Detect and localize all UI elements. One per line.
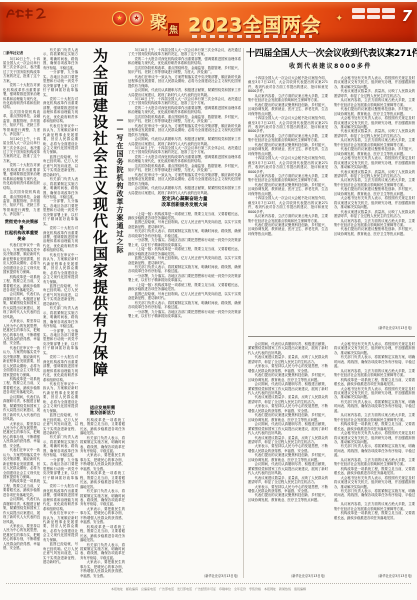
footer-info: 本报地址 邮政编码 总编室电话 广告部电话 发行部电话 广告经营许可证 印刷单位… bbox=[0, 587, 417, 591]
banner-title: 2023全国两会 bbox=[188, 10, 321, 37]
text-column: 会议期间，代表们认真履职尽责、积极建言献策，紧紧围绕党和国家工作大局提出议案建议… bbox=[248, 342, 328, 572]
right-top-column-2: 大会秘书处有关负责人表示，将按照有关规定及时将议案建议交有关机关、组织研究办理，… bbox=[334, 76, 415, 330]
text-column: 机构改革是一项系统工程，既要立足当前，又要着眼长远，蹄疾步稳推进各项任务落地见效… bbox=[80, 418, 125, 578]
footer-divider bbox=[6, 583, 411, 584]
page-number: 7 bbox=[402, 7, 412, 25]
text-column: 大会秘书处有关负责人表示，将按照有关规定及时将议案建议交有关机关、组织研究办理，… bbox=[334, 342, 415, 572]
text-column: （上接一版）机构改革是一项系统工程，既要立足当前，又要着眼长远，蹄疾步稳推进各项… bbox=[128, 212, 241, 319]
text-column: 3月10日上午，十四届全国人大一次会议举行第三次全体会议，表决通过了关于国务院机… bbox=[3, 57, 40, 217]
text-column: 3月10日上午，十四届全国人大一次会议举行第三次全体会议，表决通过了关于国务院机… bbox=[128, 48, 241, 195]
banner-info-bars bbox=[352, 8, 395, 19]
masthead-logo bbox=[5, 6, 51, 21]
national-emblem-icon: ★ bbox=[112, 11, 127, 26]
star-icon: ✦ bbox=[335, 14, 343, 24]
section-divider bbox=[248, 336, 415, 337]
left-article-vertical-headline: 为全面建设社会主义现代化国家提供有力保障 bbox=[80, 48, 111, 396]
banner-deco-windows bbox=[192, 35, 312, 38]
banner: ★ ★ 聚 焦 2023全国两会 ✦ 7 bbox=[0, 2, 417, 42]
right-bottom-column-1: 会议期间，代表们认真履职尽责、积极建言献策，紧紧围绕党和国家工作大局提出议案建议… bbox=[248, 342, 328, 578]
focus-wordmark: 聚 焦 bbox=[150, 8, 184, 38]
left-column-1: □新华社记者 3月10日上午，十四届全国人大一次会议举行第三次全体会议，表决通过… bbox=[3, 50, 40, 578]
right-article-subhead: 收到代表建议8000多件 bbox=[246, 61, 415, 70]
text-column: 代表们在审议中一致认为，方案贯彻落实党中央决策部署，顺应新时代新征程事业发展需要… bbox=[3, 243, 40, 550]
vertical-divider bbox=[243, 48, 244, 578]
right-article-headline: 十四届全国人大一次会议收到代表议案271件 bbox=[246, 46, 415, 59]
column-subhead: 坚定决心凝聚奋进力量 改革创新服务发展大局 bbox=[128, 197, 241, 209]
under-headline-block: 适应发展所需 激发创新活力 机构改革是一项系统工程，既要立足当前，又要着眼长远，… bbox=[80, 402, 125, 578]
news-credit: （新华社北京3月13日电） bbox=[128, 574, 241, 579]
right-bottom-column-2: 大会秘书处有关负责人表示，将按照有关规定及时将议案建议交有关机关、组织研究办理，… bbox=[334, 342, 415, 578]
text-column: 大会秘书处有关负责人表示，将按照有关规定及时将议案建议交有关机关、组织研究办理，… bbox=[334, 76, 415, 324]
left-column-2: 有关部门负责人表示，将抓紧制定实施方案，明确时间表、路线图，确保各项改革任务有序… bbox=[43, 48, 78, 578]
newspaper-page: ★ ★ 聚 焦 2023全国两会 ✦ 7 为全面建设社会主义现代化国家提供有力保… bbox=[0, 0, 417, 600]
column-subhead: 适应发展所需 激发创新活力 bbox=[80, 405, 125, 416]
news-credit: （新华社北京3月13日电） bbox=[334, 326, 415, 331]
right-top-column-1: 十四届全国人大一次会议大会秘书处议案组介绍，截至3月7日12时，大会共收到代表提… bbox=[248, 76, 328, 330]
column-subhead: 贯彻党中央决策部署 扛起机构改革重要使命 bbox=[3, 219, 40, 241]
cppcc-emblem-icon: ★ bbox=[129, 11, 144, 26]
news-credit: （新华社北京3月13日电） bbox=[334, 574, 415, 579]
focus-sub: 焦 bbox=[168, 23, 179, 36]
left-article-vertical-subtitle: ——写在国务院机构改革方案通过之际 bbox=[112, 116, 125, 292]
focus-main: 聚 bbox=[150, 13, 167, 33]
left-middle-column: 3月10日上午，十四届全国人大一次会议举行第三次全体会议，表决通过了关于国务院机… bbox=[128, 48, 241, 578]
byline: □新华社记者 bbox=[3, 50, 40, 55]
news-credit: （新华社北京3月13日电） bbox=[248, 574, 328, 579]
